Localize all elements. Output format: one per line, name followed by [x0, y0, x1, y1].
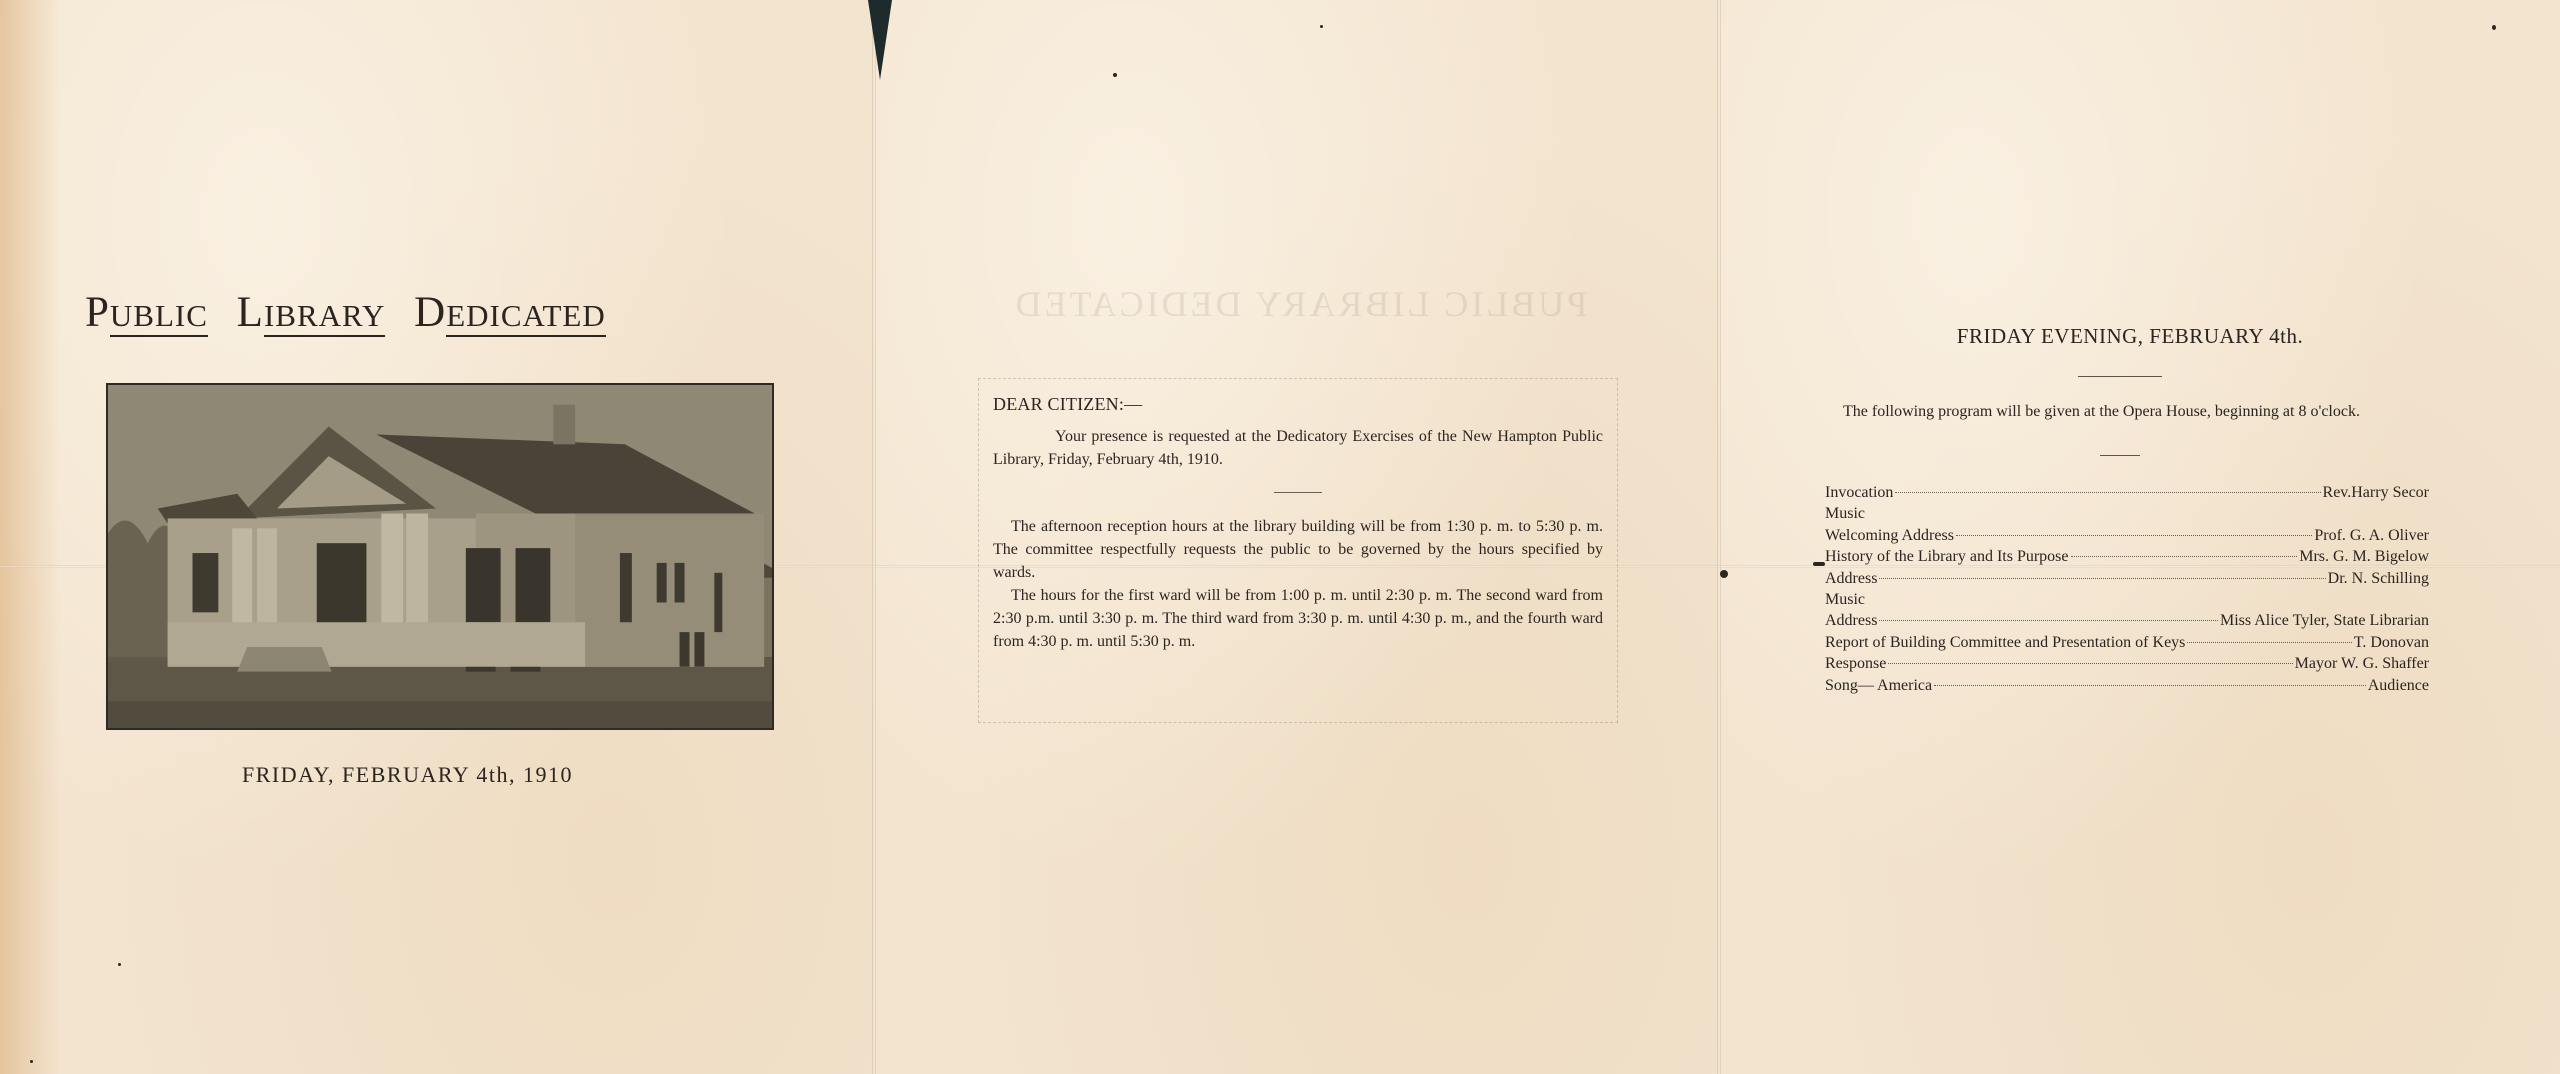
- program-item: History of the Library and Its Purpose: [1825, 548, 2069, 566]
- title-word: DEDICATED: [414, 288, 606, 337]
- program-item: Address: [1825, 612, 1877, 630]
- leader-dots: [2187, 642, 2351, 643]
- program-item: Welcoming Address: [1825, 527, 1954, 545]
- salutation: DEAR CITIZEN:—: [993, 394, 1603, 415]
- leader-dots: [1895, 492, 2320, 493]
- program-item: Music: [1825, 591, 1865, 609]
- program-row: Music: [1825, 591, 2429, 612]
- program-presenter: Mayor W. G. Shaffer: [2295, 655, 2429, 673]
- program-presenter: Rev.Harry Secor: [2323, 484, 2429, 502]
- leader-dots: [1934, 685, 2366, 686]
- library-building-illustration: [108, 385, 772, 728]
- program-list: InvocationRev.Harry Secor Music Welcomin…: [1825, 484, 2429, 698]
- leader-dots: [1879, 620, 2218, 621]
- fold-line: [1717, 0, 1721, 1074]
- divider: [2078, 376, 2162, 377]
- program-item: Music: [1825, 505, 1865, 523]
- program-row: Welcoming AddressProf. G. A. Oliver: [1825, 527, 2429, 548]
- program-item: Response: [1825, 655, 1886, 673]
- evening-program-title: FRIDAY EVENING, FEBRUARY 4th.: [1820, 324, 2440, 349]
- leader-dots: [1879, 578, 2325, 579]
- cover-title: PUBLIC LIBRARY DEDICATED: [85, 288, 785, 337]
- program-row: Song— AmericaAudience: [1825, 677, 2429, 698]
- paper-speck: [1113, 73, 1117, 77]
- leader-dots: [2071, 556, 2298, 557]
- invitation-paragraph: Your presence is requested at the Dedica…: [993, 425, 1603, 471]
- program-presenter: Dr. N. Schilling: [2328, 570, 2429, 588]
- paper-tear-notch: [868, 0, 892, 80]
- ward-hours-paragraph: The hours for the first ward will be fro…: [993, 584, 1603, 653]
- paper-speck: [118, 963, 121, 966]
- library-building-photo: [106, 383, 774, 730]
- leader-dots: [1888, 663, 2292, 664]
- program-item: Song— America: [1825, 677, 1932, 695]
- title-word: PUBLIC: [85, 288, 208, 337]
- paper-speck: [1320, 25, 1323, 28]
- program-row: Report of Building Committee and Present…: [1825, 634, 2429, 655]
- paper-speck: [2492, 25, 2496, 30]
- program-spread: PUBLIC LIBRARY DEDICATED: [0, 0, 2560, 1074]
- reception-hours-paragraph: The afternoon reception hours at the lib…: [993, 515, 1603, 584]
- paper-speck: [30, 1060, 33, 1063]
- title-word: LIBRARY: [237, 288, 386, 337]
- program-presenter: Audience: [2368, 677, 2429, 695]
- ink-mark: [1813, 562, 1825, 566]
- program-presenter: T. Donovan: [2354, 634, 2429, 652]
- program-row: ResponseMayor W. G. Shaffer: [1825, 655, 2429, 676]
- program-row: History of the Library and Its PurposeMr…: [1825, 548, 2429, 569]
- program-presenter: Miss Alice Tyler, State Librarian: [2220, 612, 2429, 630]
- fold-line: [872, 0, 876, 1074]
- bleed-through-title: PUBLIC LIBRARY DEDICATED: [960, 283, 1640, 325]
- program-item: Report of Building Committee and Present…: [1825, 634, 2185, 652]
- invitation-letter: DEAR CITIZEN:— Your presence is requeste…: [978, 378, 1618, 723]
- program-item: Invocation: [1825, 484, 1893, 502]
- program-item: Address: [1825, 570, 1877, 588]
- program-row: AddressMiss Alice Tyler, State Librarian: [1825, 612, 2429, 633]
- divider: [2100, 455, 2140, 456]
- fold-hole: [1720, 570, 1728, 578]
- program-row: InvocationRev.Harry Secor: [1825, 484, 2429, 505]
- paper-edge-stain: [0, 0, 60, 1074]
- leader-dots: [1956, 535, 2312, 536]
- program-row: Music: [1825, 505, 2429, 526]
- cover-date: FRIDAY, FEBRUARY 4th, 1910: [242, 762, 573, 788]
- program-presenter: Prof. G. A. Oliver: [2314, 527, 2429, 545]
- divider: [1274, 492, 1322, 493]
- program-row: AddressDr. N. Schilling: [1825, 570, 2429, 591]
- program-presenter: Mrs. G. M. Bigelow: [2299, 548, 2429, 566]
- program-intro: The following program will be given at t…: [1825, 400, 2437, 423]
